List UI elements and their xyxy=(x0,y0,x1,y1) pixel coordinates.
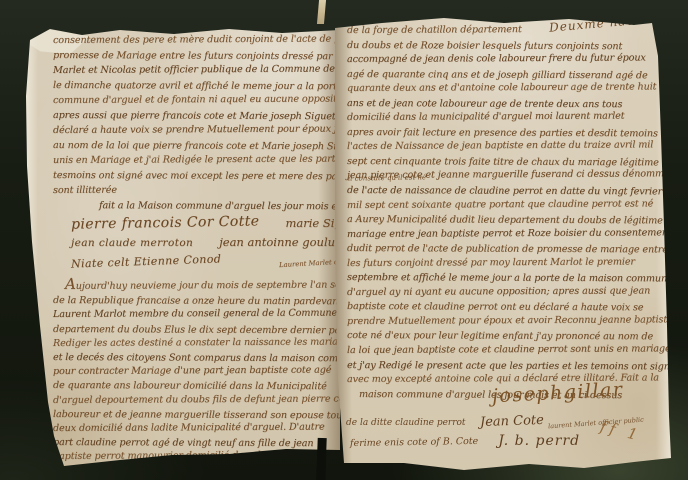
ink-blot xyxy=(32,344,37,350)
manuscript-line: consentement des pere et mère dudit conj… xyxy=(53,32,336,48)
manuscript-line: pour contracter Mariage d'une part jean … xyxy=(53,364,336,380)
manuscript-line: accompagné de jean denis cole laboureur … xyxy=(347,51,662,67)
left-page: consentement des pere et mère dudit conj… xyxy=(24,26,340,468)
signature-note: de la ditte claudine perrot xyxy=(346,418,466,428)
manuscript-line: domicilié dans la municipalité d'arguel … xyxy=(347,110,662,126)
signature-row: ferime enis cote of B. Cote J. b. perrd xyxy=(350,433,580,449)
manuscript-line: déclaré a haute voix se prendre Mutuelle… xyxy=(53,122,336,138)
right-page: Deuxme nder N de la forge de chatillon d… xyxy=(334,16,672,472)
signature-row: Niate celt Etienne Conod Laurent Marlet … xyxy=(53,255,336,275)
manuscript-line: Marlet et Nicolas petit officier publiqu… xyxy=(53,62,336,78)
signature: jean antoinne goulut xyxy=(219,235,339,249)
scanned-manuscript: consentement des pere et mère dudit conj… xyxy=(0,0,688,480)
manuscript-line: fait a la Maison commune d'arguel les jo… xyxy=(53,198,336,214)
manuscript-line: l'actes de Naissance de jean baptiste en… xyxy=(347,139,662,155)
signature: marie Siguet xyxy=(285,216,340,230)
manuscript-line: la loi que jean baptiste cote et claudin… xyxy=(347,342,662,358)
signature-block: pierre francois Cor Cotte marie Siguet j… xyxy=(53,215,336,275)
signature-jean-cote: Jean Cote xyxy=(479,413,543,430)
manuscript-line: baptiste perrot manouvrier domicilié dan… xyxy=(53,449,336,465)
left-page-content: consentement des pere et mère dudit conj… xyxy=(24,26,340,468)
act-text: de la forge de chatillon départementdu d… xyxy=(347,24,662,402)
signature: ferime enis cote of B. Cote xyxy=(350,436,478,449)
interlined-note: il constate qu'il est né xyxy=(348,173,426,182)
manuscript-line: sont illitterée xyxy=(53,182,336,198)
manuscript-line: d'arguel ay ni ayant eu aucune oppositio… xyxy=(347,284,662,300)
binding-cord xyxy=(316,438,326,480)
first-act-text: consentement des pere et mère dudit conj… xyxy=(53,33,336,213)
manuscript-line: quarante deux ans et d'antoine cole labo… xyxy=(347,81,662,97)
signature-row: pierre francois Cor Cotte marie Siguet xyxy=(53,215,336,235)
manuscript-line: mariage entre jean baptiste perrot et Ro… xyxy=(347,226,662,242)
second-act-text: Aujourd'huy neuvieme jour du mois de sep… xyxy=(53,277,336,465)
manuscript-line: Aujourd'huy neuvieme jour du mois de sep… xyxy=(53,276,336,295)
manuscript-line: commune d'arguel et de fontain ni aquel … xyxy=(53,92,336,108)
signature-row: jean claude merroton jean antoinne goulu… xyxy=(53,235,336,255)
binding-ribbon xyxy=(317,0,326,24)
manuscript-line: Rediger les actes destiné a constater la… xyxy=(53,335,336,351)
manuscript-line: prendre Mutuellement pour époux et avoir… xyxy=(347,313,662,329)
manuscript-line: de la forge de chatillon département xyxy=(347,22,662,38)
manuscript-line: les futurs conjoint dressé par moy laure… xyxy=(347,255,662,271)
signature: Niate celt Etienne Conod xyxy=(71,252,222,270)
right-page-content: Deuxme nder N de la forge de chatillon d… xyxy=(334,16,672,472)
signature-jb-perrot: J. b. perrd xyxy=(498,433,580,449)
manuscript-line: Laurent Marlot membre du conseil general… xyxy=(53,307,336,323)
manuscript-line: deux domicilié dans ladite Municipalité … xyxy=(53,421,336,437)
manuscript-line: d'arguel depourtement du doubs fils de d… xyxy=(53,392,336,408)
signature: jean claude merroton xyxy=(71,237,193,249)
manuscript-line: mil sept cent soixante quatre portant qu… xyxy=(347,197,662,213)
signature: pierre francois Cor Cotte xyxy=(71,213,260,232)
officiant-signature: Laurent Marlet officier xyxy=(279,257,340,269)
manuscript-line: unis en Mariage et j'ai Redigée le prese… xyxy=(53,152,336,168)
signature-row: de la ditte claudine perrot Jean Cote xyxy=(346,414,543,429)
